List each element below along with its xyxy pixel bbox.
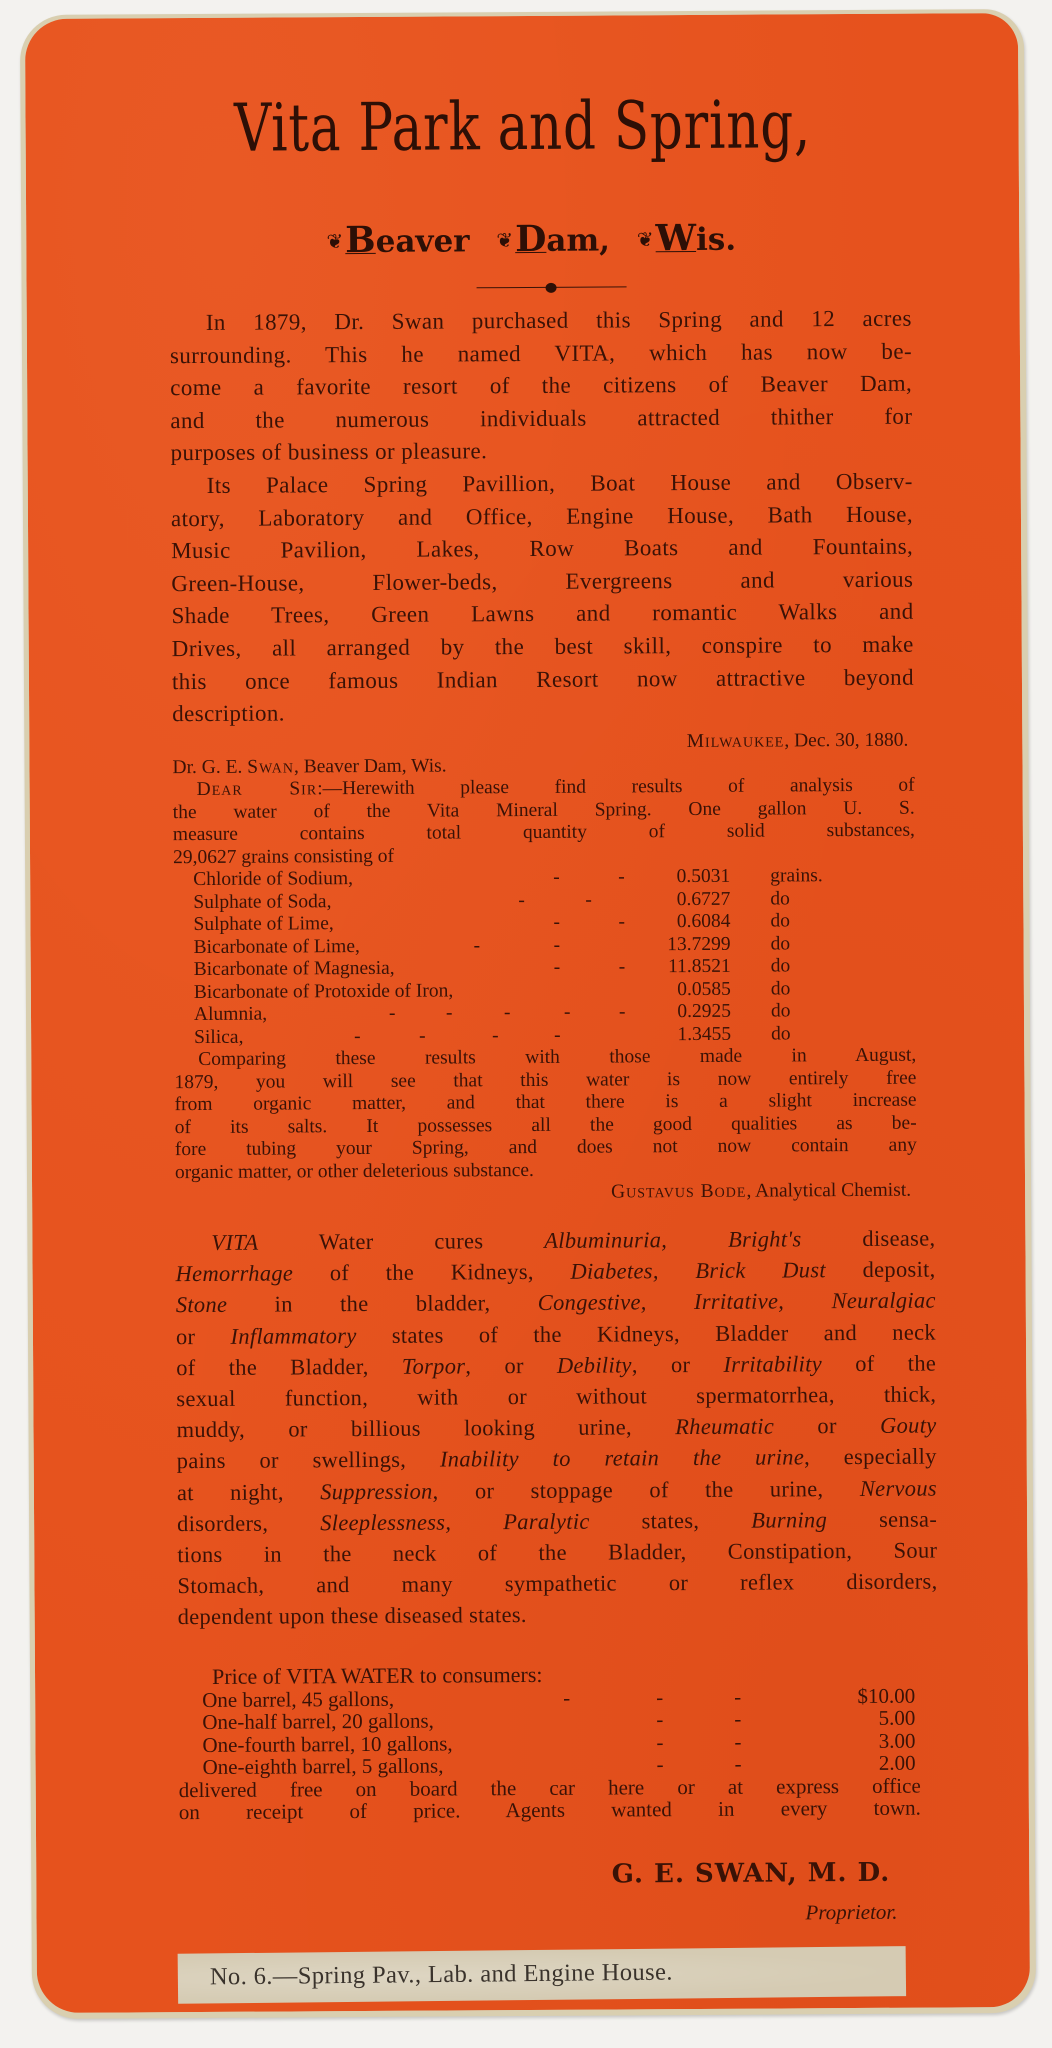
leader-dash: - bbox=[734, 1708, 741, 1731]
italic-term: VITA bbox=[211, 1230, 258, 1255]
substance: Bicarbonate of Protoxide of Iron, bbox=[194, 980, 454, 1004]
unit: do bbox=[771, 1023, 791, 1046]
intro-paragraph-2: Its Palace Spring Pavillion, Boat House … bbox=[171, 466, 915, 731]
proprietor-name: G. E. SWAN, M. D. bbox=[612, 1858, 891, 1890]
text-line: purposes of business or pleasure. bbox=[170, 433, 912, 470]
text-line: tions in the neck of the Bladder, Consti… bbox=[177, 1535, 937, 1571]
leader-dash: - bbox=[554, 1024, 561, 1047]
price-amount: 3.00 bbox=[879, 1729, 916, 1752]
leader-dash: - bbox=[553, 912, 560, 935]
italic-term: Suppression bbox=[320, 1478, 433, 1504]
text-line: Drives, all arranged by the best skill, … bbox=[172, 629, 914, 666]
card-title: Vita Park and Spring, bbox=[131, 86, 915, 168]
text-run: tions in the neck of the Bladder, Consti… bbox=[177, 1538, 937, 1568]
text-line: atory, Laboratory and Office, Engine Hou… bbox=[171, 498, 913, 535]
leader-dash: - bbox=[735, 1753, 742, 1776]
leader-dash: - bbox=[734, 1685, 741, 1708]
addressee-prefix: Dr. G. E. bbox=[172, 756, 247, 777]
italic-term: Irritability bbox=[723, 1351, 822, 1377]
text-run: , or bbox=[632, 1352, 724, 1378]
analysis-table: Chloride of Sodium,--0.5031grains. Sulph… bbox=[173, 865, 916, 1050]
text-line: pains or swellings, Inability to retain … bbox=[177, 1441, 937, 1477]
subtitle-word: is. bbox=[696, 222, 736, 258]
italic-term: Inflammatory bbox=[230, 1323, 356, 1349]
text-run: of the Bladder, bbox=[176, 1354, 402, 1380]
leader-dash: - bbox=[446, 1002, 453, 1025]
unit: do bbox=[771, 1000, 791, 1023]
text-line: description. bbox=[172, 694, 914, 731]
grain-value: 11.8521 bbox=[668, 956, 731, 979]
leader-dash: - bbox=[656, 1686, 663, 1709]
text-line: of the Bladder, Torpor, or Debility, or … bbox=[176, 1347, 936, 1383]
text-line: this once famous Indian Resort now attra… bbox=[172, 661, 914, 698]
text-run: of the bbox=[822, 1350, 936, 1376]
drop-cap-w: W bbox=[655, 217, 696, 259]
chemist-name: Gustavus Bode bbox=[611, 1181, 747, 1203]
text-run: sensa- bbox=[827, 1506, 937, 1532]
text-run: , or bbox=[465, 1353, 557, 1379]
place-name: Milwaukee bbox=[687, 730, 785, 752]
fleuron-ornament-icon: ❦ bbox=[637, 227, 654, 251]
letter-text: :—Herewith please find results of analys… bbox=[317, 775, 915, 800]
drop-cap-d: D bbox=[515, 218, 546, 260]
text-line: come a favorite resort of the citizens o… bbox=[170, 368, 912, 405]
text-run: muddy, or billious looking urine, bbox=[176, 1414, 675, 1442]
leader-dash: - bbox=[657, 1753, 664, 1776]
italic-term: Stone bbox=[176, 1292, 228, 1317]
cures-paragraph: VITA Water cures Albuminuria, Bright's d… bbox=[175, 1223, 937, 1633]
text-line: at night, Suppression, or stoppage of th… bbox=[177, 1472, 937, 1508]
grain-value: 0.6084 bbox=[677, 911, 731, 934]
italic-term: Albuminuria, Bright's bbox=[544, 1226, 801, 1253]
text-line: Music Pavilion, Lakes, Row Boats and Fou… bbox=[171, 531, 913, 568]
text-line: Green-House, Flower-beds, Evergreens and… bbox=[171, 563, 913, 600]
leader-dash: - bbox=[619, 956, 626, 979]
divider-dot-icon bbox=[546, 283, 557, 293]
drop-cap-b: B bbox=[345, 219, 376, 261]
unit: do bbox=[771, 955, 791, 978]
leader-dash: - bbox=[618, 911, 625, 934]
price-amount: 2.00 bbox=[879, 1752, 916, 1775]
substance: Bicarbonate of Lime, bbox=[194, 936, 360, 960]
letter-date: , Dec. 30, 1880. bbox=[784, 730, 908, 752]
text-line: Its Palace Spring Pavillion, Boat House … bbox=[171, 466, 913, 503]
unit: do bbox=[770, 888, 790, 911]
leader-dash: - bbox=[354, 1026, 361, 1049]
italic-term: Torpor bbox=[402, 1353, 466, 1378]
text-run: sexual function, with or without spermat… bbox=[176, 1382, 936, 1412]
text-line: sexual function, with or without spermat… bbox=[176, 1379, 936, 1415]
grain-value: 0.2925 bbox=[677, 1001, 731, 1024]
unit: grains. bbox=[770, 865, 823, 888]
unit: do bbox=[771, 933, 791, 956]
text-run: at night, bbox=[177, 1479, 320, 1505]
text-run: disorders, bbox=[177, 1510, 320, 1536]
text-line: Stomach, and many sympathetic or reflex … bbox=[177, 1566, 937, 1602]
photo-caption-label: No. 6.—Spring Pav., Lab. and Engine Hous… bbox=[178, 1946, 906, 2004]
text-run: or bbox=[176, 1323, 231, 1348]
text-run: deposit, bbox=[826, 1257, 936, 1283]
grain-value: 1.3455 bbox=[677, 1023, 731, 1046]
subtitle-word: eaver bbox=[376, 223, 470, 260]
caption-text: No. 6.—Spring Pav., Lab. and Engine Hous… bbox=[210, 1959, 673, 1992]
text-line: and the numerous individuals attracted t… bbox=[170, 400, 912, 437]
price-label: One-fourth barrel, 10 gallons, bbox=[202, 1732, 452, 1756]
text-line: muddy, or billious looking urine, Rheuma… bbox=[176, 1410, 936, 1446]
chemist-signature: Gustavus Bode, Analytical Chemist. bbox=[175, 1180, 917, 1207]
italic-term: Gouty bbox=[880, 1413, 937, 1438]
text-run: states, bbox=[590, 1507, 752, 1533]
leader-dash: - bbox=[618, 866, 625, 889]
card-subtitle: ❦Beaver ❦Dam, ❦Wis. bbox=[21, 215, 1025, 263]
italic-term: Inability to retain the urine bbox=[440, 1445, 804, 1472]
price-label: One-eighth barrel, 5 gallons, bbox=[203, 1755, 444, 1779]
text-run: of the Kidneys, bbox=[293, 1259, 570, 1286]
leader-dash: - bbox=[553, 867, 560, 890]
text-run: in the bladder, bbox=[227, 1290, 538, 1317]
text-line: Hemorrhage of the Kidneys, Diabetes, Bri… bbox=[175, 1254, 935, 1290]
fleuron-ornament-icon: ❦ bbox=[496, 228, 513, 252]
addressee-location: , Beaver Dam, Wis. bbox=[294, 755, 447, 777]
price-footer-line: on receipt of price. Agents wanted in ev… bbox=[179, 1797, 921, 1824]
trade-card: Vita Park and Spring, ❦Beaver ❦Dam, ❦Wis… bbox=[20, 9, 1036, 2019]
analysis-letter: Milwaukee, Dec. 30, 1880. Dr. G. E. Swan… bbox=[172, 730, 917, 1207]
text-run: pains or swellings, bbox=[177, 1447, 440, 1474]
text-line: Stone in the bladder, Congestive, Irrita… bbox=[176, 1285, 936, 1321]
italic-term: Congestive, Irritative, Neuralgiac bbox=[538, 1288, 936, 1315]
leader-dash: - bbox=[492, 1025, 499, 1048]
text-run: , especially bbox=[804, 1444, 937, 1470]
leader-dash: - bbox=[585, 889, 592, 912]
italic-term: Nervous bbox=[860, 1475, 937, 1500]
text-run: dependent upon these diseased states. bbox=[178, 1602, 527, 1629]
text-run: states of the Kidneys, Bladder and neck bbox=[357, 1319, 936, 1348]
price-amount: $10.00 bbox=[857, 1684, 915, 1707]
text-line: disorders, Sleeplessness, Paralytic stat… bbox=[177, 1503, 937, 1539]
italic-term: Sleeplessness, Paralytic bbox=[320, 1508, 590, 1535]
price-amount: 5.00 bbox=[878, 1707, 915, 1730]
leader-dash: - bbox=[656, 1731, 663, 1754]
subtitle-word: am, bbox=[546, 222, 610, 258]
text-run: or bbox=[774, 1413, 880, 1439]
addressee-name: Swan bbox=[247, 756, 294, 777]
fleuron-ornament-icon: ❦ bbox=[326, 229, 343, 253]
leader-dash: - bbox=[564, 1002, 571, 1025]
unit: do bbox=[770, 910, 790, 933]
italic-term: Rheumatic bbox=[675, 1414, 774, 1440]
grain-value: 0.0585 bbox=[677, 978, 731, 1001]
text-run: Stomach, and many sympathetic or reflex … bbox=[177, 1569, 937, 1599]
grain-value: 0.6727 bbox=[677, 888, 731, 911]
leader-dash: - bbox=[419, 1025, 426, 1048]
text-line: surrounding. This he named VITA, which h… bbox=[170, 335, 912, 372]
leader-dash: - bbox=[734, 1730, 741, 1753]
text-line: or Inflammatory states of the Kidneys, B… bbox=[176, 1316, 936, 1352]
leader-dash: - bbox=[554, 934, 561, 957]
text-line: VITA Water cures Albuminuria, Bright's d… bbox=[175, 1223, 935, 1259]
price-list: Price of VITA WATER to consumers: One ba… bbox=[178, 1662, 921, 1824]
italic-term: Diabetes, Brick Dust bbox=[570, 1257, 826, 1284]
italic-term: Hemorrhage bbox=[176, 1261, 294, 1287]
text-line: In 1879, Dr. Swan purchased this Spring … bbox=[170, 303, 912, 340]
intro-paragraph-1: In 1879, Dr. Swan purchased this Spring … bbox=[170, 303, 913, 470]
leader-dash: - bbox=[504, 1002, 511, 1025]
leader-dash: - bbox=[518, 890, 525, 913]
substance: Sulphate of Soda, bbox=[193, 891, 331, 914]
leader-dash: - bbox=[389, 1003, 396, 1026]
text-run: , or stoppage of the urine, bbox=[433, 1476, 860, 1504]
italic-term: Debility bbox=[557, 1352, 632, 1377]
leader-dash: - bbox=[619, 1001, 626, 1024]
grain-value: 13.7299 bbox=[667, 933, 731, 956]
price-label: One-half barrel, 20 gallons, bbox=[202, 1710, 434, 1734]
leader-dash: - bbox=[563, 1686, 570, 1709]
substance: Bicarbonate of Magnesia, bbox=[194, 958, 395, 982]
ornamental-divider bbox=[477, 281, 627, 294]
leader-dash: - bbox=[554, 957, 561, 980]
leader-dash: - bbox=[474, 935, 481, 958]
text-line: Shade Trees, Green Lawns and romantic Wa… bbox=[171, 596, 913, 633]
chemist-title: , Analytical Chemist. bbox=[746, 1180, 911, 1202]
grain-value: 0.5031 bbox=[676, 866, 730, 889]
substance: Sulphate of Lime, bbox=[193, 913, 333, 936]
salutation: Dear Sir bbox=[197, 778, 318, 800]
price-label: One barrel, 45 gallons, bbox=[202, 1687, 394, 1711]
leader-dash: - bbox=[656, 1708, 663, 1731]
text-run: Water cures bbox=[258, 1228, 544, 1255]
unit: do bbox=[771, 978, 791, 1001]
substance: Alumnia, bbox=[194, 1004, 267, 1027]
text-line: dependent upon these diseased states. bbox=[178, 1597, 938, 1633]
text-run: disease, bbox=[801, 1226, 935, 1252]
substance: Chloride of Sodium, bbox=[193, 868, 353, 891]
substance: Silica, bbox=[194, 1026, 243, 1049]
proprietor-title: Proprietor. bbox=[805, 1900, 897, 1926]
italic-term: Burning bbox=[751, 1507, 827, 1532]
